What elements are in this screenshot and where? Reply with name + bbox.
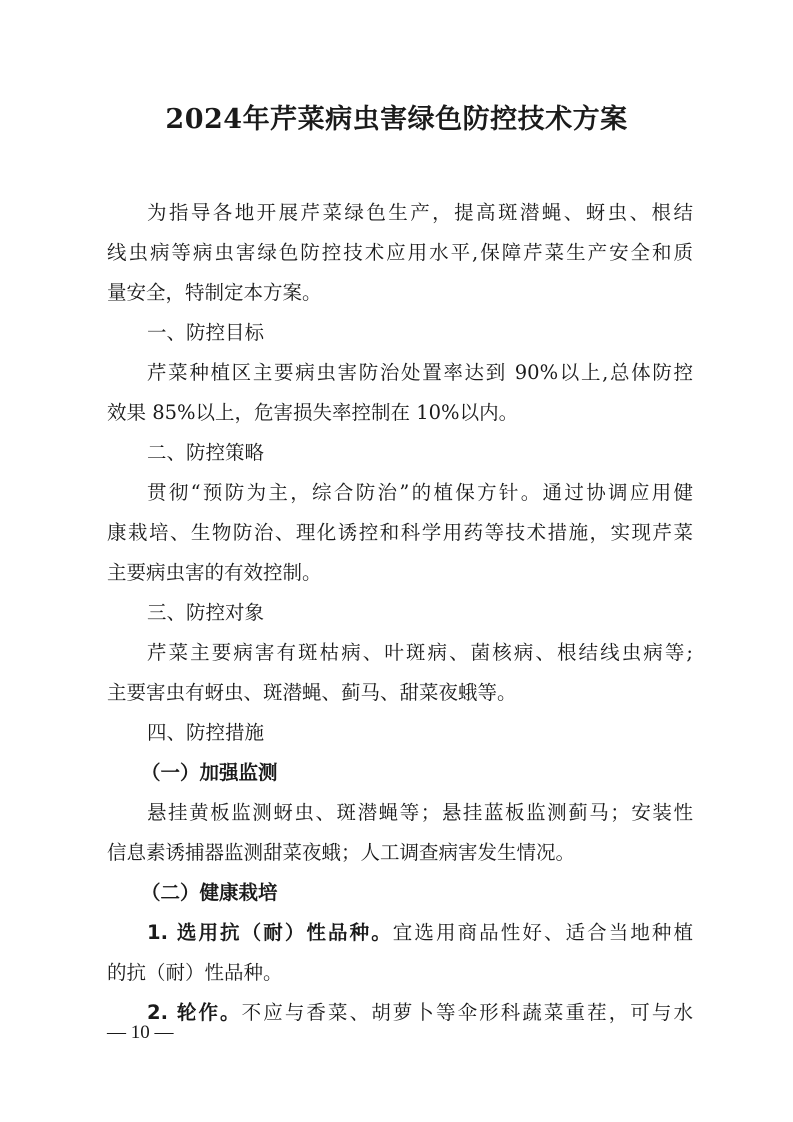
paragraph-line: 主要害虫有蚜虫、斑潜蝇、蓟马、甜菜夜蛾等。	[107, 673, 693, 713]
section-heading-goals: 一、防控目标	[147, 313, 264, 353]
paragraph-line: 2. 轮作。不应与香菜、胡萝卜等伞形科蔬菜重茬，可与水	[147, 993, 693, 1033]
paragraph-line: 康栽培、生物防治、理化诱控和科学用药等技术措施，实现芹菜	[107, 513, 693, 553]
item-text: 宜选用商品性好、适合当地种植	[393, 921, 693, 944]
paragraph-line: 线虫病等病虫害绿色防控技术应用水平,保障芹菜生产安全和质	[107, 233, 693, 273]
section-heading-strategy: 二、防控策略	[147, 433, 264, 473]
paragraph-line: 主要病虫害的有效控制。	[107, 553, 693, 593]
paragraph-line: 为指导各地开展芹菜绿色生产，提高斑潜蝇、蚜虫、根结	[147, 193, 693, 233]
paragraph-line: 悬挂黄板监测蚜虫、斑潜蝇等；悬挂蓝板监测蓟马；安装性	[147, 793, 693, 833]
item-text: 不应与香菜、胡萝卜等伞形科蔬菜重茬，可与水	[242, 1001, 693, 1024]
page-number: — 10 —	[107, 1018, 174, 1048]
paragraph-line: 的抗（耐）性品种。	[107, 953, 693, 993]
paragraph-line: 芹菜主要病害有斑枯病、叶斑病、菌核病、根结线虫病等;	[147, 633, 693, 673]
item-lead: 1. 选用抗（耐）性品种。	[147, 921, 393, 944]
paragraph-line: 效果 85%以上，危害损失率控制在 10%以内。	[107, 393, 693, 433]
paragraph-line: 信息素诱捕器监测甜菜夜蛾；人工调查病害发生情况。	[107, 833, 693, 873]
document-title: 2024年芹菜病虫害绿色防控技术方案	[0, 100, 793, 140]
subsection-heading-monitoring: （一）加强监测	[141, 753, 278, 793]
paragraph-line: 1. 选用抗（耐）性品种。宜选用商品性好、适合当地种植	[147, 913, 693, 953]
paragraph-line: 芹菜种植区主要病虫害防治处置率达到 90%以上,总体防控	[147, 353, 693, 393]
subsection-heading-cultivation: （二）健康栽培	[141, 873, 278, 913]
paragraph-line: 量安全，特制定本方案。	[107, 273, 693, 313]
paragraph-line: 贯彻“预防为主，综合防治”的植保方针。通过协调应用健	[147, 473, 693, 513]
section-heading-measures: 四、防控措施	[147, 713, 264, 753]
section-heading-targets: 三、防控对象	[147, 593, 264, 633]
